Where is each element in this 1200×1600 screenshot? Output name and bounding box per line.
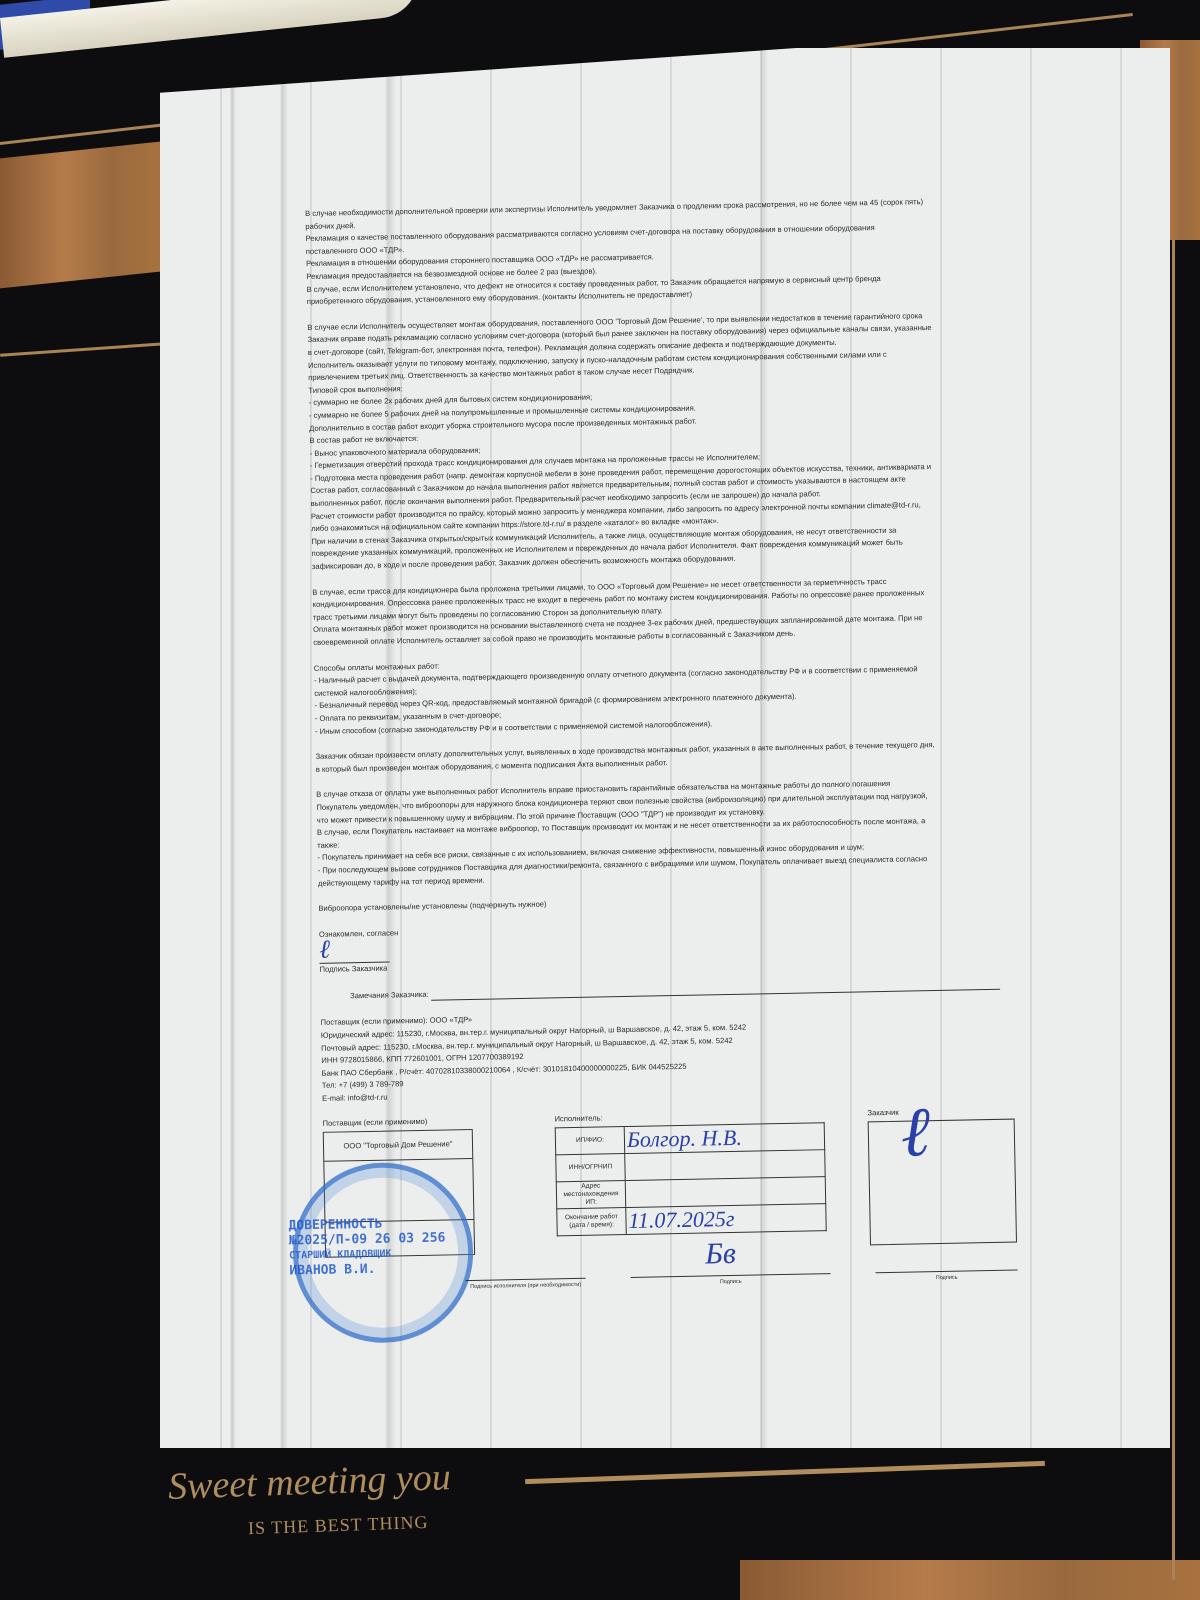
customer-sign-box: ℓ: [868, 1118, 1017, 1245]
section-vibration-mounts: В случае отказа от оплаты уже выполненны…: [316, 776, 998, 890]
customer-sign-line: Подпись: [876, 1269, 1018, 1285]
executor-table: ИП/ФИО:Болгор. Н.В.ИНН/ОГРНИПАдрес место…: [555, 1122, 827, 1236]
wood-surface-left: [0, 142, 160, 289]
customer-box-signature-mark: ℓ: [901, 1127, 930, 1140]
executor-row: Окончание работ (дата / время):11.07.202…: [557, 1203, 826, 1235]
customer-label: Заказчик: [867, 1106, 898, 1119]
supplier-name: ООО "Торговый Дом Решение": [324, 1130, 473, 1162]
proxy-stamp: ДОВЕРЕННОСТЬ №2025/П-09 26 03 256 СТАРШИ…: [288, 1215, 446, 1278]
section-claims: В случае необходимости дополнительной пр…: [305, 195, 987, 309]
section-installation: В случае если Исполнитель осуществляет м…: [307, 309, 992, 574]
document-sheet: В случае необходимости дополнительной пр…: [160, 48, 1170, 1448]
mat-gold-line-left: [0, 342, 165, 357]
executor-row-label: ИНН/ОГРНИП: [556, 1153, 626, 1181]
executor-row-value[interactable]: [625, 1176, 825, 1207]
customer-signature-label: Подпись Заказчика: [320, 951, 1000, 977]
supplier-sign-caption: Подпись исполнителя (при необходимости): [466, 1277, 586, 1293]
remarks-label: Замечания Заказчика:: [350, 989, 429, 1003]
remarks-field[interactable]: Замечания Заказчика:: [350, 978, 1000, 1003]
customer-sign-caption: Подпись: [936, 1274, 958, 1280]
executor-row-label: Окончание работ (дата / время):: [557, 1207, 627, 1235]
stamp-line-4: ИВАНОВ В.И.: [289, 1260, 446, 1278]
customer-signature-mark: ℓ: [319, 935, 330, 964]
supplier-details: Поставщик (если применимо): ООО «ТДР»Юри…: [321, 1004, 1003, 1105]
document-body: В случае необходимости дополнительной пр…: [305, 195, 1006, 1297]
executor-row-value[interactable]: 11.07.2025г: [626, 1203, 826, 1234]
executor-label: Исполнитель:: [554, 1112, 602, 1126]
signature-section: Поставщик (если применимо) ООО "Торговый…: [322, 1104, 1005, 1297]
mat-gold-line-right: [1172, 240, 1175, 1580]
stamp-line-2: №2025/П-09 26 03 256: [289, 1230, 446, 1248]
supplier-label: Поставщик (если применимо): [322, 1115, 427, 1130]
executor-signature-mark: Бв: [705, 1248, 736, 1261]
executor-sign-line: Подпись: [631, 1273, 831, 1290]
executor-row-label: ИП/ФИО:: [555, 1126, 625, 1154]
wood-surface-bottom: [740, 1560, 1200, 1600]
executor-sign-caption: Подпись: [720, 1278, 742, 1284]
executor-row-label: Адрес местонахождения ИП:: [556, 1180, 626, 1208]
section-payment-methods: Способы оплаты монтажных работ:- Наличны…: [314, 649, 995, 738]
executor-row-value[interactable]: [625, 1149, 825, 1180]
customer-signature-line: ℓ: [319, 940, 389, 964]
remarks-line[interactable]: [431, 978, 1001, 1002]
executor-row-value[interactable]: Болгор. Н.В.: [624, 1122, 824, 1153]
